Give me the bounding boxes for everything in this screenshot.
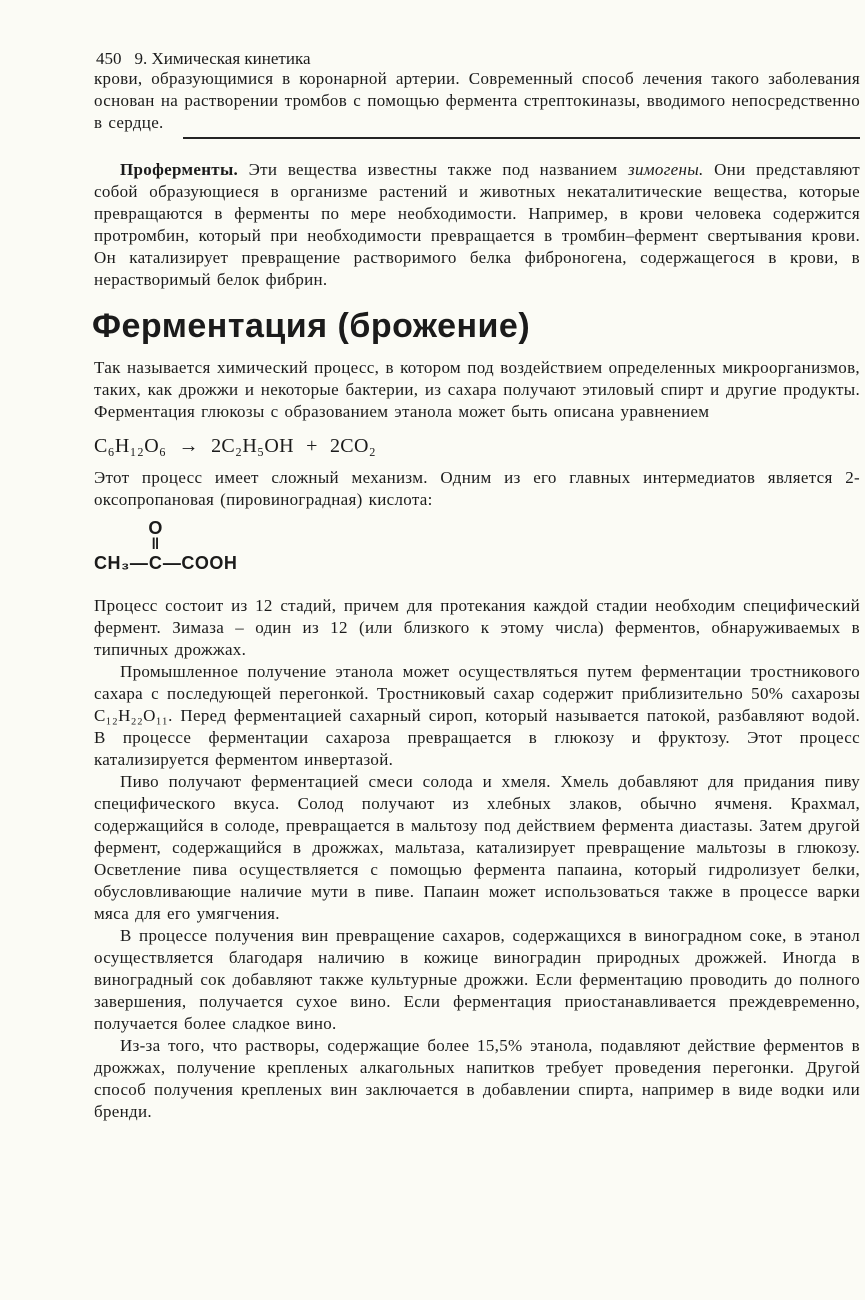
beer-paragraph: Пиво получают ферментацией смеси солода … <box>94 771 860 925</box>
text-block: 450 9. Химическая кинетика крови, образу… <box>94 50 860 1123</box>
proferments-paragraph: Проферменты. Эти вещества известны также… <box>94 159 860 291</box>
double-bond: ‖ <box>151 537 159 552</box>
oxygen-atom: O <box>148 519 163 537</box>
fortified-drinks-paragraph: Из-за того, что растворы, содержащие бол… <box>94 1035 860 1123</box>
book-page-scan: 450 9. Химическая кинетика крови, образу… <box>0 0 865 1300</box>
industrial-ethanol-paragraph: Промышленное получение этанола может осу… <box>94 661 860 771</box>
proferments-text-before: Эти вещества известны также под название… <box>238 160 628 179</box>
carbonyl-stack: O ‖ C <box>148 519 163 574</box>
proferments-lead: Проферменты. <box>120 160 238 179</box>
fermentation-intro-paragraph: Так называется химический процесс, в кот… <box>94 357 860 423</box>
zymogens-term: зимогены. <box>628 160 704 179</box>
carboxyl-group: —COOH <box>163 552 238 574</box>
proferments-text-after: Они представляют собой образующиеся в ор… <box>94 160 860 289</box>
carryover-paragraph: крови, образующимися в коронарной артери… <box>94 68 860 134</box>
wine-paragraph: В процессе получения вин превращение сах… <box>94 925 860 1035</box>
section-divider <box>183 137 860 139</box>
section-heading: Ферментация (брожение) <box>92 307 860 345</box>
glucose-fermentation-equation: C₆H₁₂O₆ → 2C₂H₅OH + 2CO₂ <box>94 433 860 459</box>
mechanism-paragraph: Этот процесс имеет сложный механизм. Одн… <box>94 467 860 511</box>
chapter-title: 9. Химическая кинетика <box>135 50 311 68</box>
running-header: 450 9. Химическая кинетика <box>96 50 860 68</box>
stages-paragraph: Процесс состоит из 12 стадий, причем для… <box>94 595 860 661</box>
pyruvic-acid-structure: CH₃— O ‖ C —COOH <box>94 519 860 574</box>
methyl-group: CH₃— <box>94 552 148 574</box>
carbon-atom: C <box>149 552 163 574</box>
page-number: 450 <box>96 50 122 68</box>
